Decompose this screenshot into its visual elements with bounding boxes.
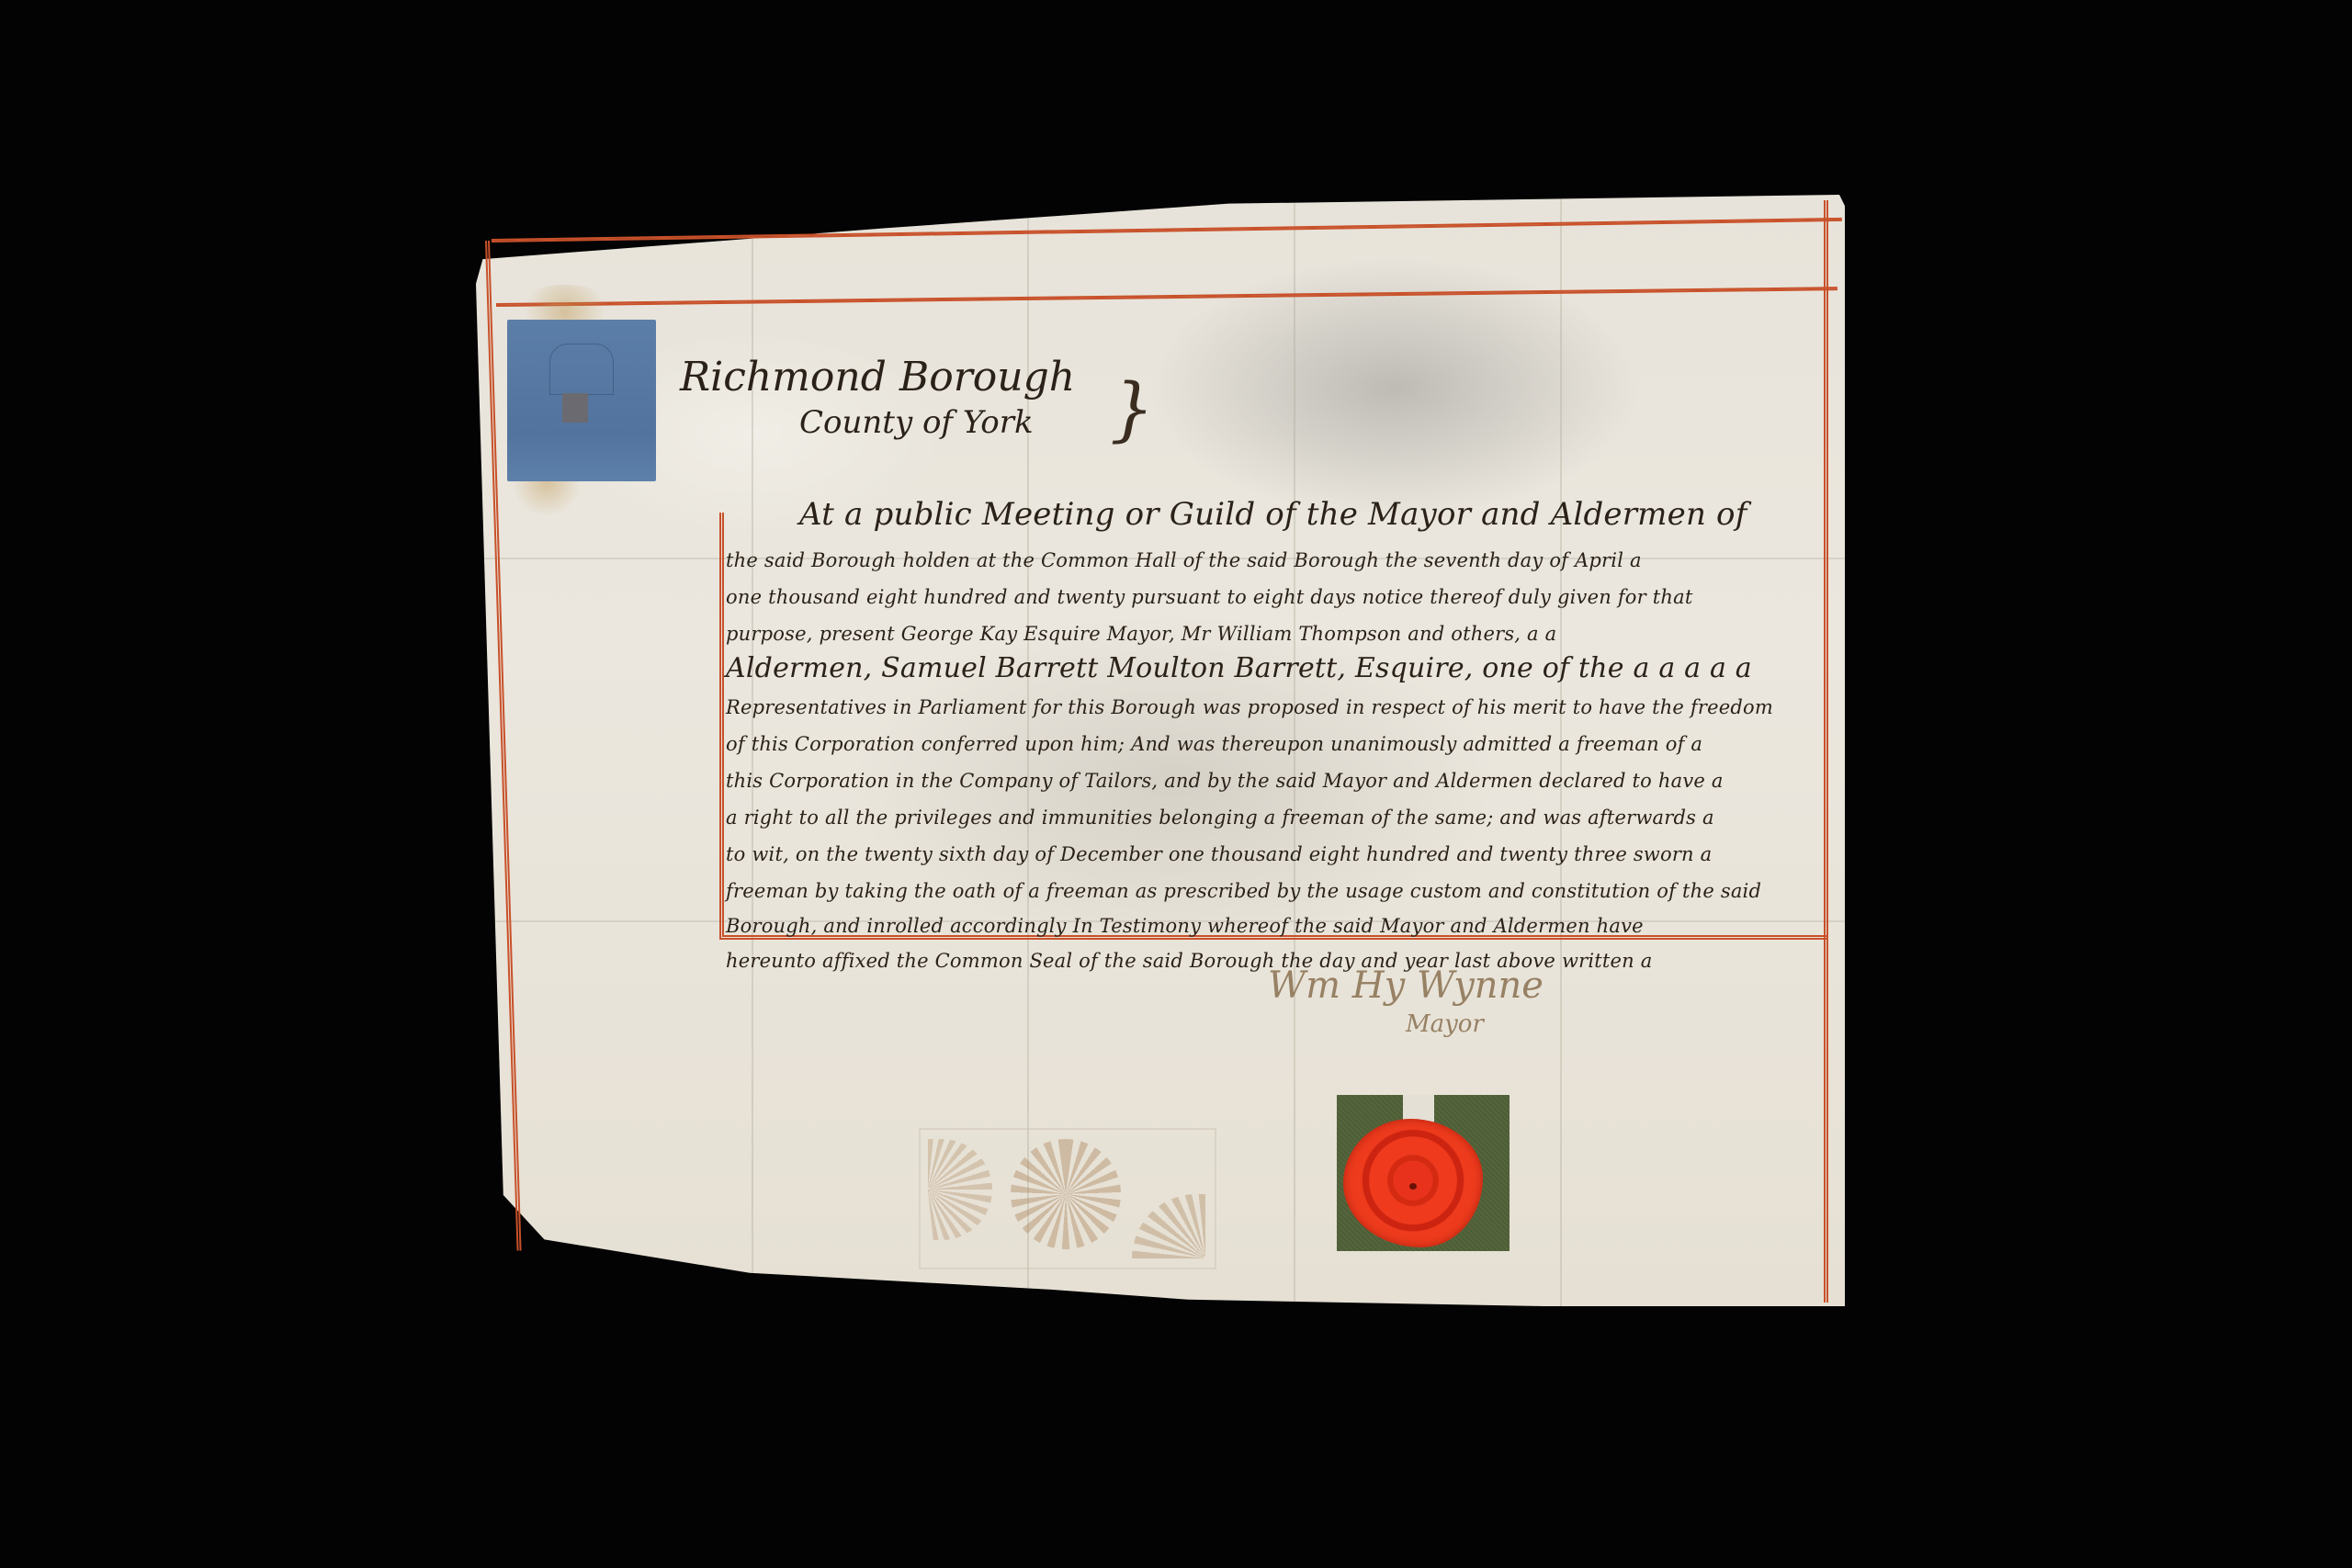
seal-center-mark	[1409, 1183, 1417, 1190]
body-line: this Corporation in the Company of Tailo…	[726, 770, 1724, 792]
body-line: Representatives in Parliament for this B…	[726, 696, 1773, 718]
body-line: one thousand eight hundred and twenty pu…	[726, 586, 1692, 608]
mayor-signature: Wm Hy Wynne	[1268, 964, 1543, 1007]
certificate-text-frame	[719, 513, 1826, 940]
body-line: purpose, present George Kay Esquire Mayo…	[726, 623, 1556, 645]
body-line: of this Corporation conferred upon him; …	[726, 733, 1702, 755]
tax-stamp	[507, 320, 656, 481]
emboss-rosette	[1011, 1139, 1121, 1249]
heading-brace: }	[1110, 367, 1154, 449]
signature-title: Mayor	[1406, 1010, 1484, 1038]
body-line: Borough, and inrolled accordingly In Tes…	[726, 915, 1644, 937]
body-line: freeman by taking the oath of a freeman …	[726, 880, 1761, 902]
body-line: a right to all the privileges and immuni…	[726, 807, 1714, 829]
borough-title: Richmond Borough	[680, 354, 1075, 400]
county-title: County of York	[799, 404, 1034, 441]
body-line: the said Borough holden at the Common Ha…	[726, 549, 1642, 571]
body-line: Aldermen, Samuel Barrett Moulton Barrett…	[726, 652, 1752, 684]
body-line: to wit, on the twenty sixth day of Decem…	[726, 843, 1712, 865]
body-line: At a public Meeting or Guild of the Mayo…	[799, 496, 1747, 533]
stamp-crown-emboss	[549, 344, 614, 395]
stamp-foil-center	[562, 393, 588, 423]
